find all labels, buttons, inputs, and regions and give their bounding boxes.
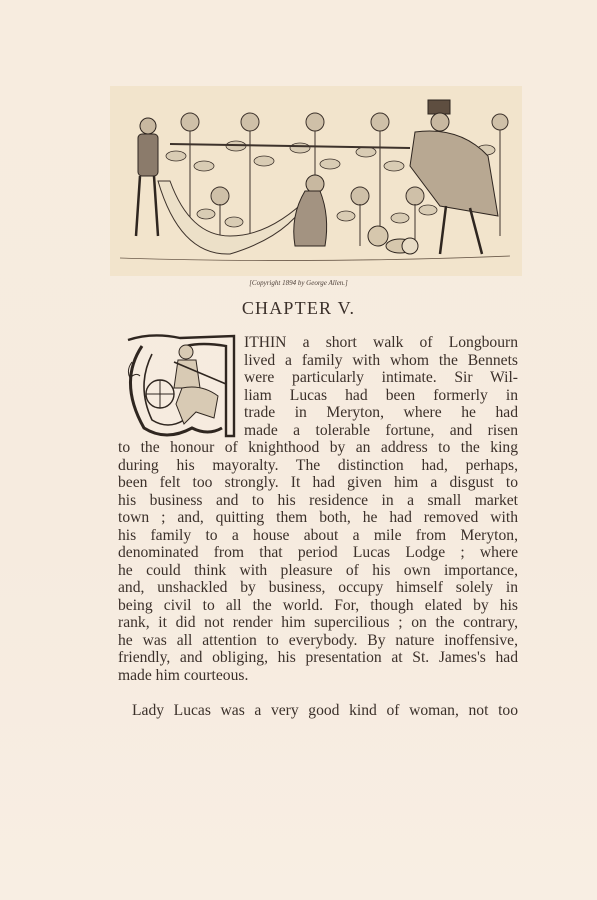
text-line: his business and to his residence in a s… — [118, 492, 518, 510]
text-line: been felt too strongly. It had given him… — [118, 474, 518, 492]
text-line: he could think with pleasure of his own … — [118, 562, 518, 580]
text-line: town ; and, quitting them both, he had r… — [118, 509, 518, 527]
text-line: friendly, and obliging, his presentation… — [118, 649, 518, 667]
text-line: rank, it did not render him supercilious… — [118, 614, 518, 632]
text-line: trade in Meryton, where he had — [244, 404, 518, 422]
text-line: made a tolerable fortune, and risen — [244, 422, 518, 440]
paragraph-2: Lady Lucas was a very good kind of woman… — [132, 702, 518, 720]
text-line: lived a family with whom the Bennets — [244, 352, 518, 370]
text-line: he was all attention to everybody. By na… — [118, 632, 518, 650]
text-line: and, unshackled by business, occupy hims… — [118, 579, 518, 597]
text-line: to the honour of knighthood by an addres… — [118, 439, 518, 457]
text-line: Lady Lucas was a very good kind of woman… — [132, 702, 518, 720]
text-line: being civil to all the world. For, thoug… — [118, 597, 518, 615]
text-line: during his mayoralty. The distinction ha… — [118, 457, 518, 475]
book-page: [Copyright 1894 by George Allen.] CHAPTE… — [0, 0, 597, 900]
chapter-illustration — [110, 86, 522, 276]
drop-cap-initial — [122, 332, 240, 440]
paragraph-1-opening: ITHIN a short walk of Longbourn lived a … — [244, 334, 518, 439]
illuminated-initial-w-icon — [122, 332, 240, 440]
woodcut-illustration-icon — [110, 86, 522, 276]
text-line: ITHIN a short walk of Longbourn — [244, 334, 518, 352]
text-line: liam Lucas had been formerly in — [244, 387, 518, 405]
chapter-title: CHAPTER V. — [0, 298, 597, 319]
paragraph-1-body: to the honour of knighthood by an addres… — [118, 439, 518, 684]
text-line: his family to a house about a mile from … — [118, 527, 518, 545]
text-line: denominated from that period Lucas Lodge… — [118, 544, 518, 562]
text-line: were particularly intimate. Sir Wil- — [244, 369, 518, 387]
text-line: made him courteous. — [118, 667, 518, 685]
illustration-caption: [Copyright 1894 by George Allen.] — [0, 279, 597, 287]
